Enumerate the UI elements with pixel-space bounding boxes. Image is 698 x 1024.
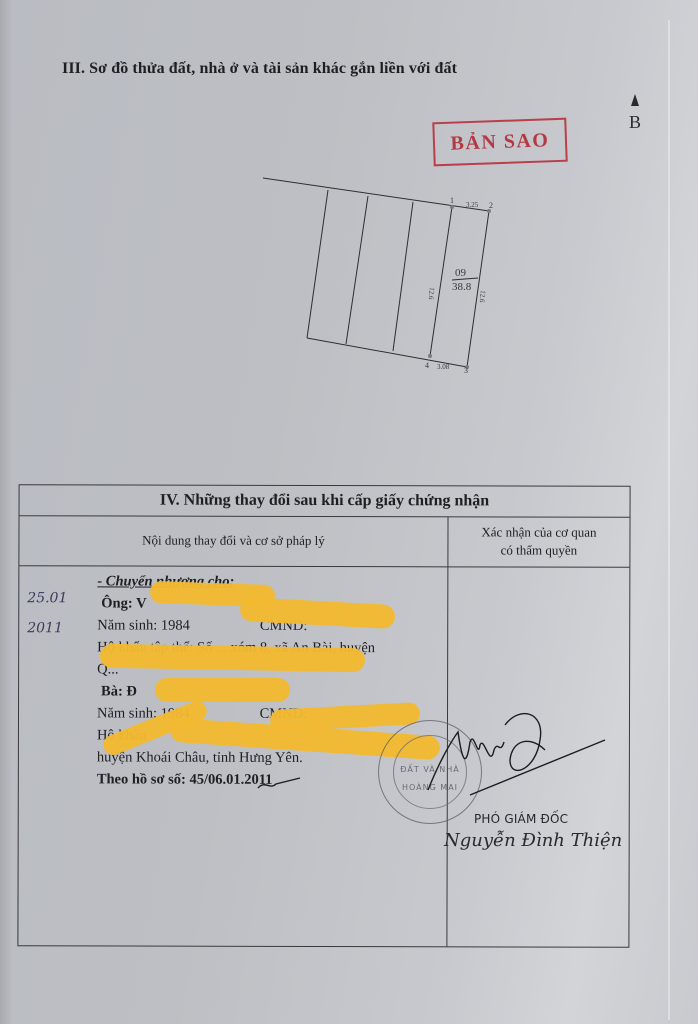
section-iii-title: III. Sơ đồ thửa đất, nhà ở và tài sản kh… <box>62 60 457 78</box>
redaction-mark <box>155 678 290 702</box>
section-iv-title: IV. Những thay đổi sau khi cấp giấy chứn… <box>20 485 630 518</box>
north-arrow-icon <box>631 94 639 106</box>
edge-top-label: 3.25 <box>466 201 479 209</box>
column-header-confirmation-line2: có thẩm quyền <box>501 541 578 559</box>
seal-text-top: ĐẤT VÀ NHÀ <box>379 765 481 774</box>
parcel-number: 09 <box>455 267 467 279</box>
person1-label: Ông: V <box>101 595 146 611</box>
point-3-label: 3 <box>464 366 468 375</box>
edge-bottom-label: 3.08 <box>437 363 450 371</box>
column-header-confirmation-line1: Xác nhận của cơ quan <box>481 523 596 541</box>
person2-address-line2: huyện Khoái Châu, tỉnh Hưng Yên. <box>97 749 303 766</box>
redaction-mark <box>100 644 365 673</box>
file-reference: Theo hồ sơ số: 45/06.01.2011 <box>97 771 273 787</box>
parcel-area: 38.8 <box>452 281 472 293</box>
column-header-content: Nội dung thay đổi và cơ sở pháp lý <box>19 515 447 567</box>
edge-right-label: 12.6 <box>478 290 487 304</box>
point-4-label: 4 <box>425 361 429 370</box>
official-seal: ĐẤT VÀ NHÀ HOÀNG MAI <box>378 720 482 824</box>
edge-left-label: 12.6 <box>427 287 436 301</box>
person2-label: Bà: Đ <box>101 683 137 699</box>
handwritten-date-year: 2011 <box>27 613 67 643</box>
north-label: B <box>628 112 642 133</box>
point-2-label: 2 <box>489 201 493 210</box>
page-edge <box>0 0 12 1024</box>
signer-title: PHÓ GIÁM ĐỐC <box>474 812 568 826</box>
column-header-confirmation: Xác nhận của cơ quan có thẩm quyền <box>447 516 629 567</box>
copy-stamp: BẢN SAO <box>432 118 567 167</box>
handwritten-date: 25.01 2011 <box>27 583 67 643</box>
point-1-label: 1 <box>450 196 454 205</box>
fold-line <box>668 20 670 1020</box>
seal-text-bottom: HOÀNG MAI <box>379 783 481 792</box>
signer-name: Nguyễn Đình Thiện <box>444 830 622 851</box>
handwritten-date-day-month: 25.01 <box>27 583 67 613</box>
north-indicator: B <box>628 94 642 133</box>
person1-birth: Năm sinh: 1984 <box>97 617 190 633</box>
